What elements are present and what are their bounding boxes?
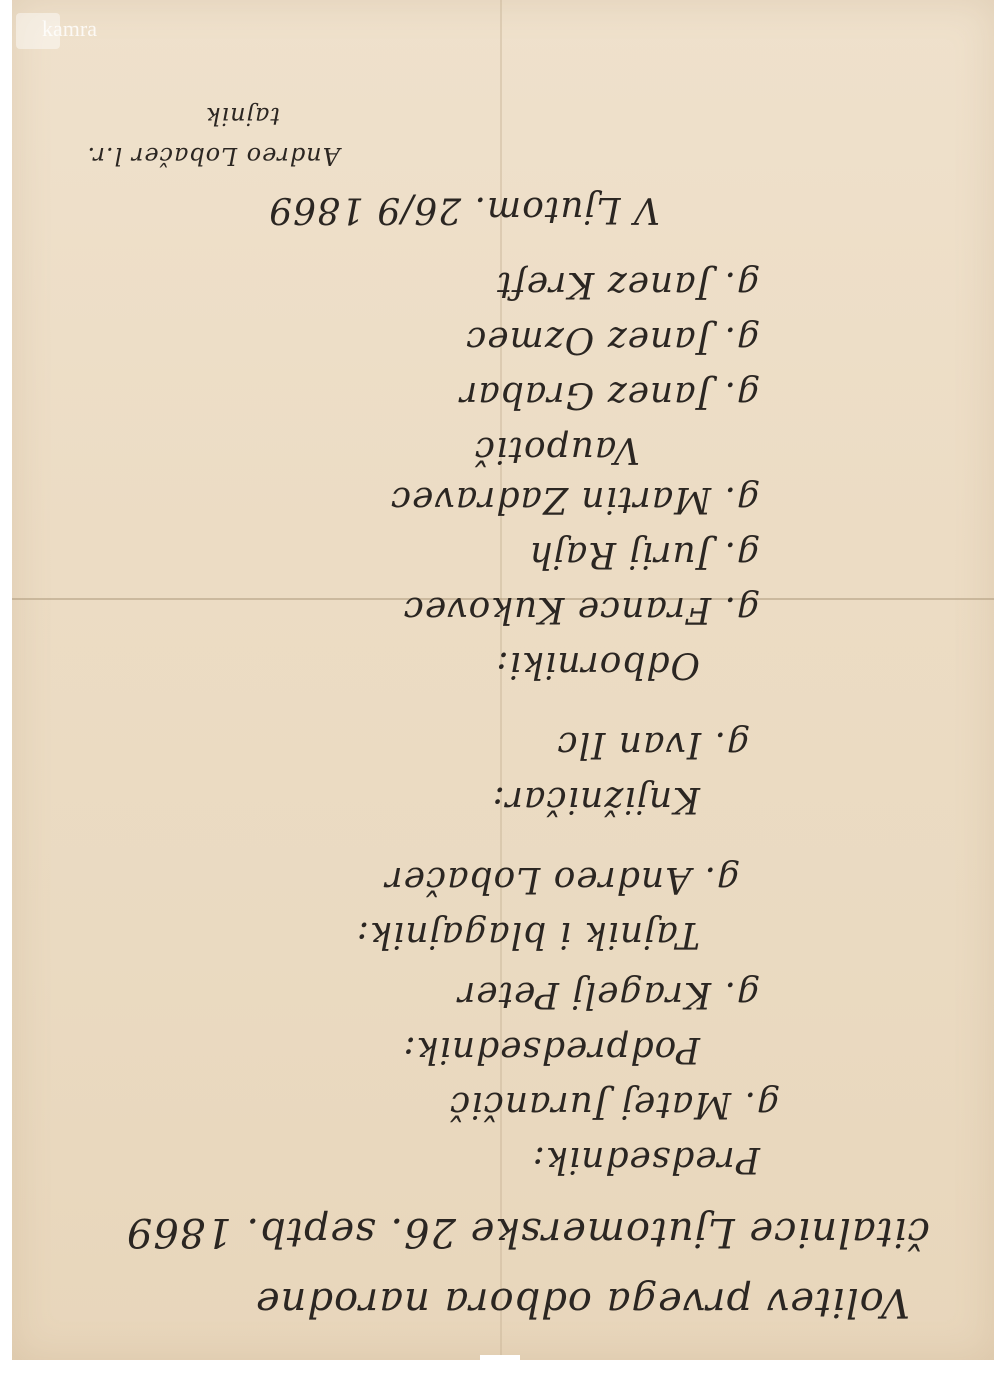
president-label: Predsednik: <box>532 1139 760 1180</box>
title-line-2: čitalnice Ljutomerske 26. septb. 1869 <box>126 1209 930 1255</box>
vice-president-label: Podpredsednik: <box>402 1029 700 1070</box>
committee-member: g. Jurij Rajh <box>528 534 760 575</box>
committee-label: Odborniki: <box>495 644 700 685</box>
committee-member: g. Janez Ozmec <box>465 319 760 360</box>
committee-member: g. Janez Grabar <box>459 374 760 415</box>
committee-member: g. France Kukovec <box>403 589 760 630</box>
librarian-label: Knjižničar: <box>492 779 700 820</box>
committee-member: g. Martin Zadravec <box>390 479 760 520</box>
librarian-name: g. Ivan Ilc <box>557 724 750 765</box>
signature: Andreo Lobačer l.r. <box>87 142 340 170</box>
vice-president-name: g. Kragelj Peter <box>457 974 760 1015</box>
committee-member: Vaupotič <box>474 429 640 470</box>
committee-member: g. Janez Kreft <box>496 264 760 305</box>
date-place: V Ljutom. 26/9 1869 <box>268 189 660 230</box>
title-line-1: Volitev prvega odbora narodne <box>255 1279 910 1325</box>
president-name: g. Matej Jurančič <box>449 1084 780 1125</box>
upside-down-handwriting: Volitev prvega odbora narodne čitalnice … <box>0 0 1000 1375</box>
secretary-label: Tajnik i blagajnik: <box>356 914 700 955</box>
secretary-name: g. Andreo Lobačer <box>384 859 740 900</box>
signature-role: tajnik <box>205 102 280 130</box>
